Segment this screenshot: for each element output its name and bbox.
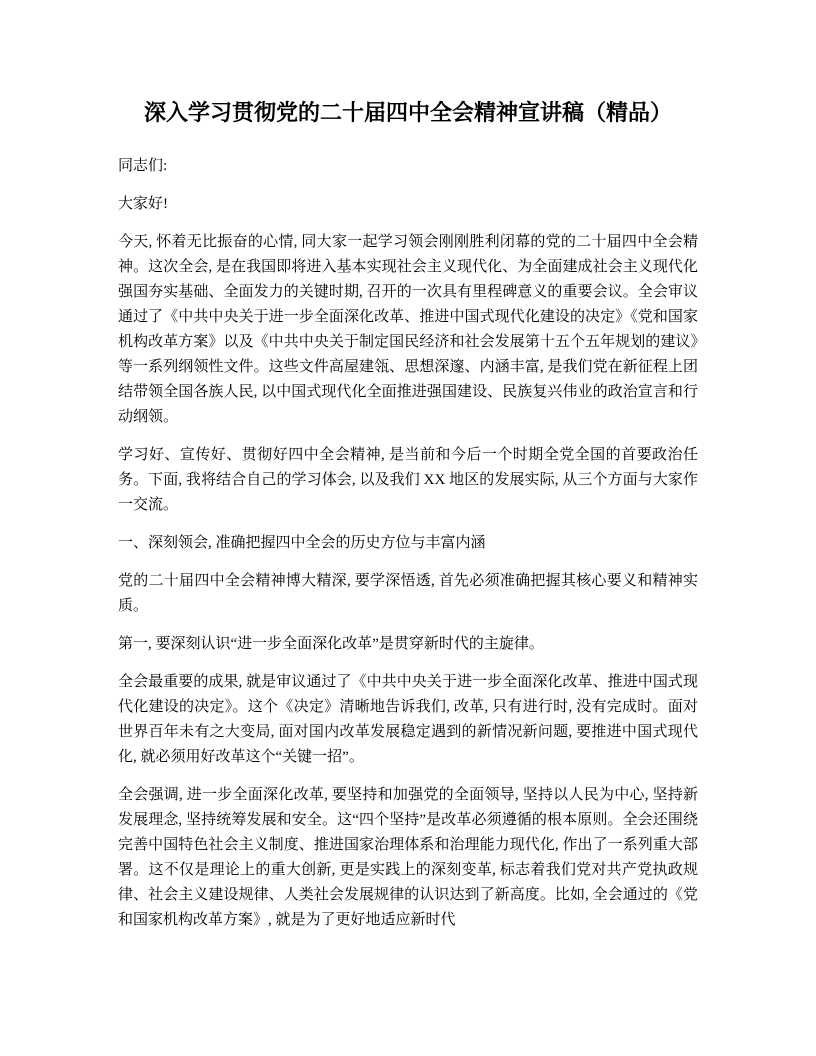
body-paragraph-decision: 全会最重要的成果, 就是审议通过了《中共中央关于进一步全面深化改革、推进中国式现… (118, 670, 698, 770)
salutation-paragraph: 同志们: (118, 154, 698, 179)
body-paragraph-intro: 今天, 怀着无比振奋的心情, 同大家一起学习领会刚刚胜利闭幕的党的二十届四中全会… (118, 230, 698, 430)
subsection-heading-first: 第一, 要深刻认识“进一步全面深化改革”是贯穿新时代的主旋律。 (118, 632, 698, 657)
greeting-paragraph: 大家好! (118, 192, 698, 217)
body-paragraph-essence: 党的二十届四中全会精神博大精深, 要学深悟透, 首先必须准确把握其核心要义和精神… (118, 569, 698, 619)
section-heading-one: 一、深刻领会, 准确把握四中全会的历史方位与丰富内涵 (118, 531, 698, 556)
document-page: 深入学习贯彻党的二十届四中全会精神宣讲稿（精品） 同志们: 大家好! 今天, 怀… (0, 0, 816, 1056)
document-title: 深入学习贯彻党的二十届四中全会精神宣讲稿（精品） (118, 96, 698, 130)
body-paragraph-emphasis: 全会强调, 进一步全面深化改革, 要坚持和加强党的全面领导, 坚持以人民为中心,… (118, 783, 698, 933)
body-paragraph-task: 学习好、宣传好、贯彻好四中全会精神, 是当前和今后一个时期全党全国的首要政治任务… (118, 443, 698, 518)
